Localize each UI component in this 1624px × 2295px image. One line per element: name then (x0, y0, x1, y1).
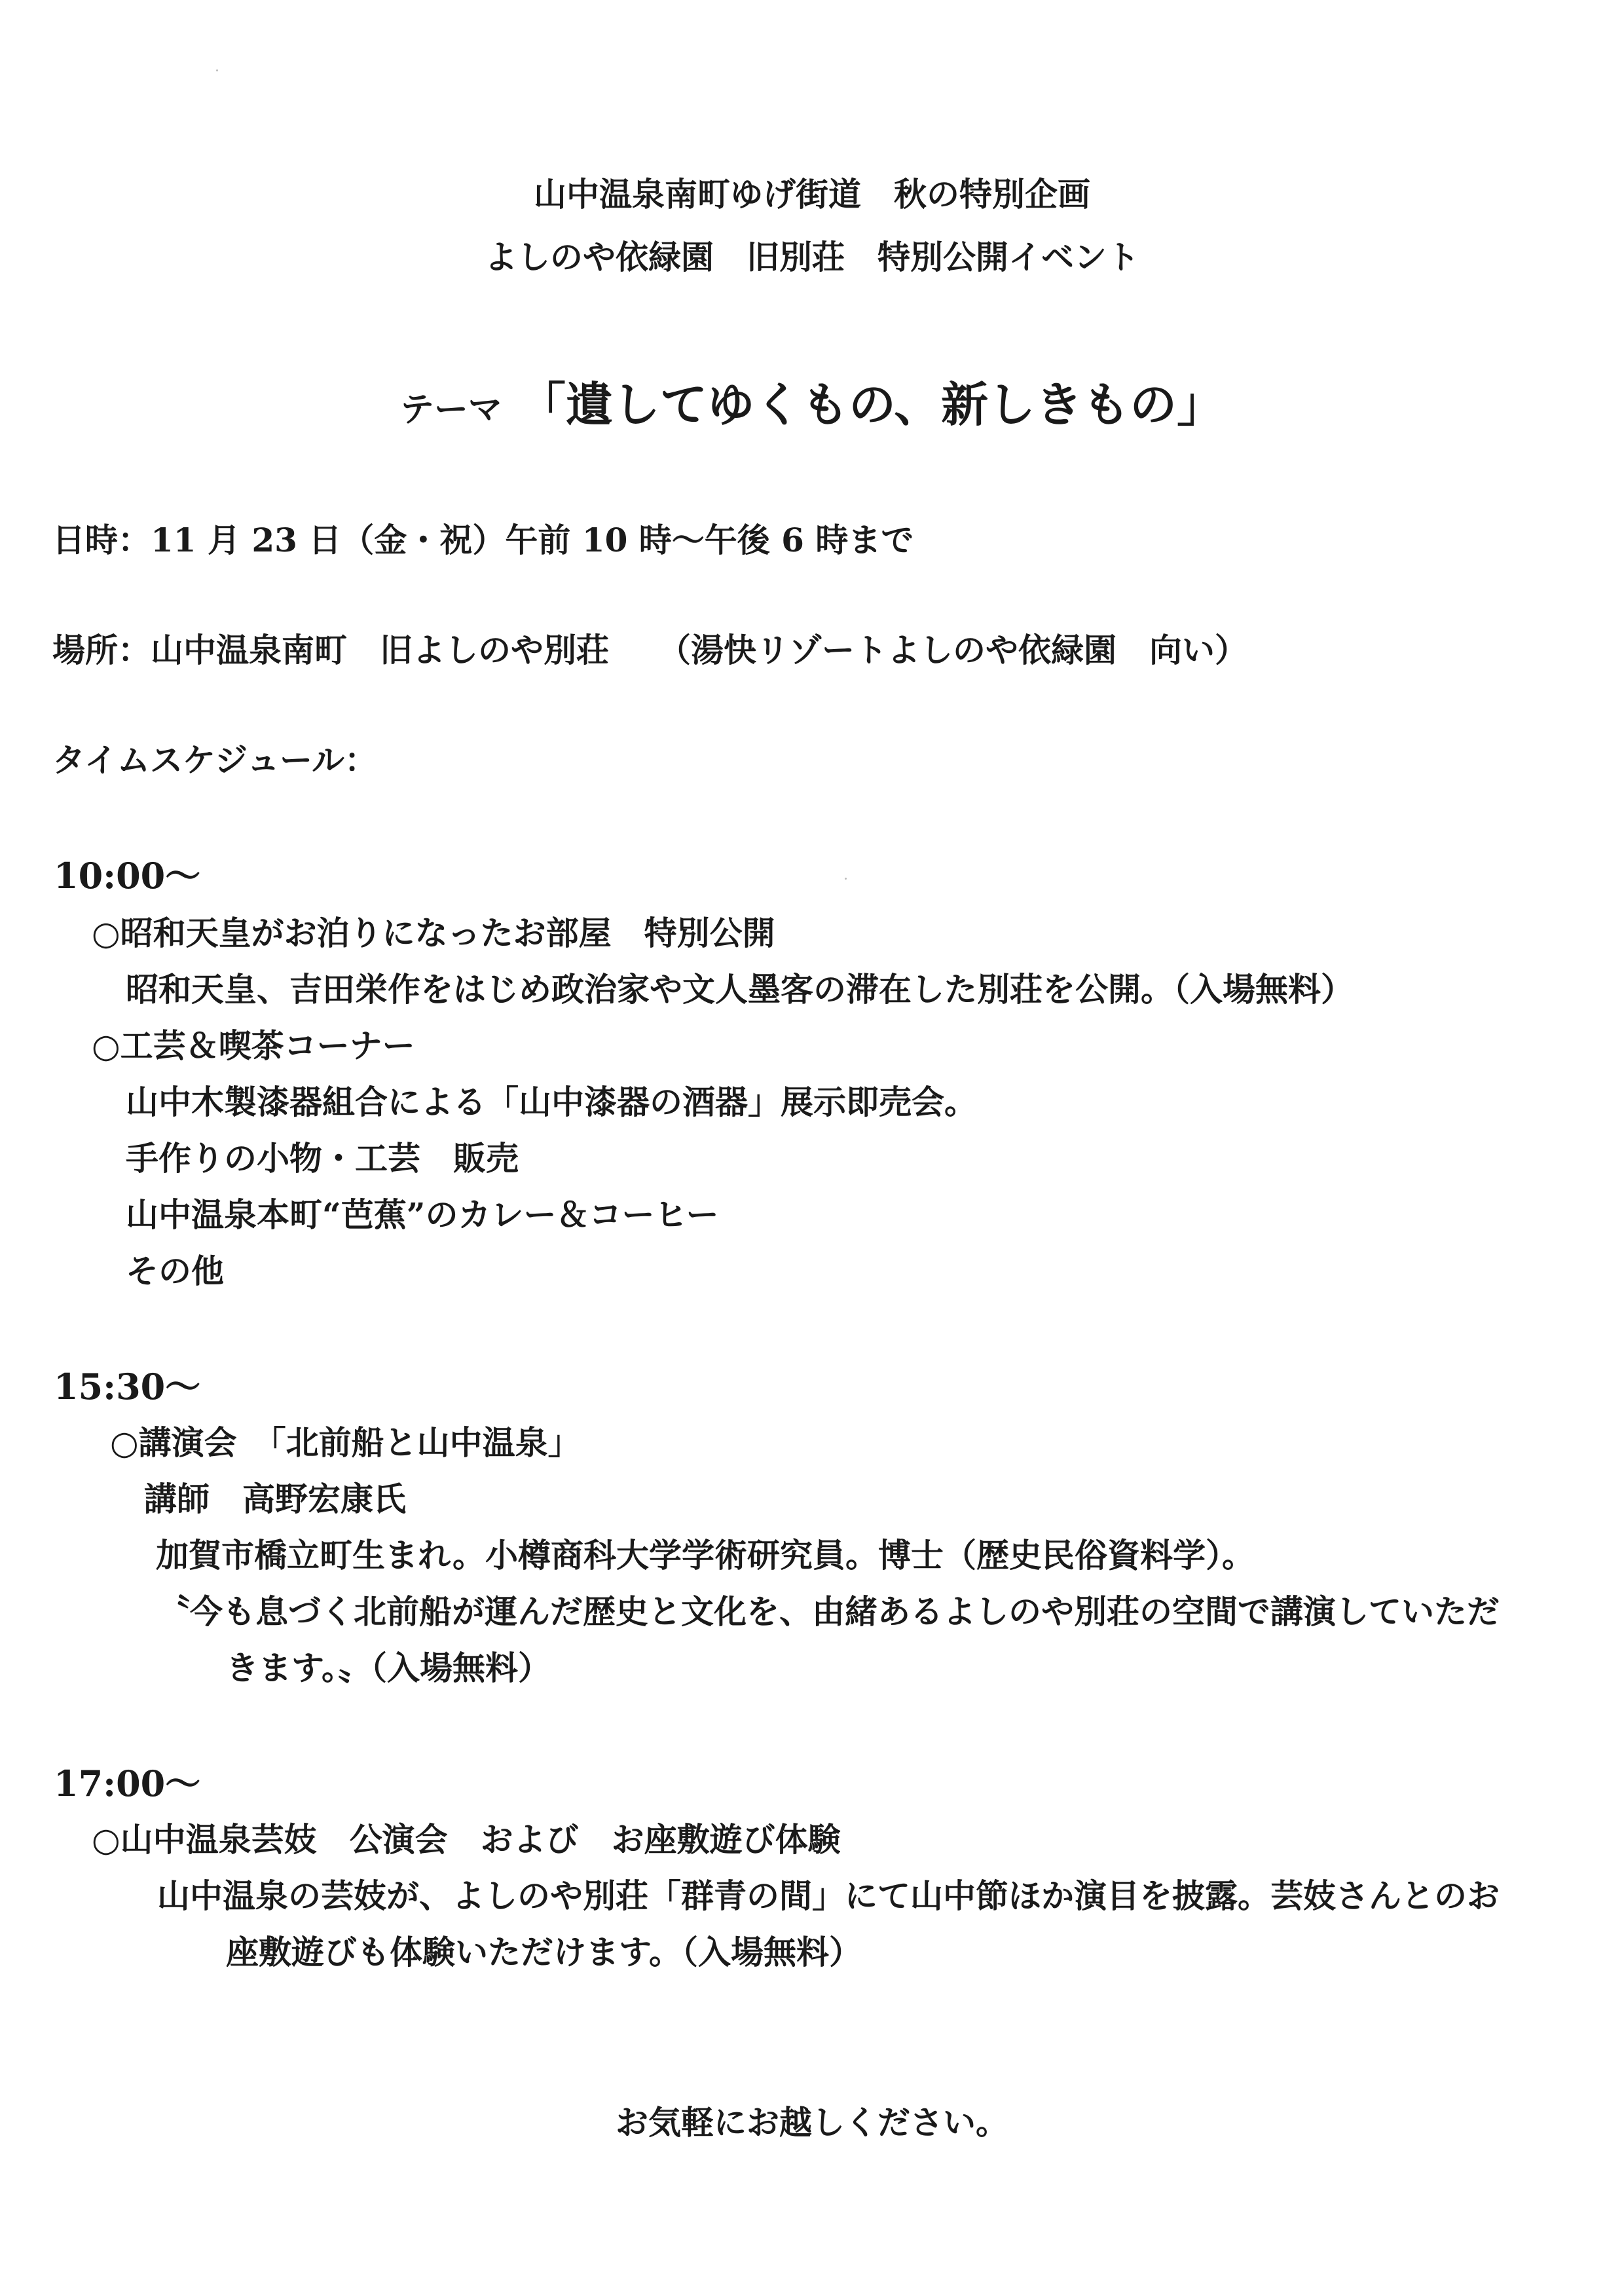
item-title-imperial-room: ○昭和天皇がお泊りになったお部屋 特別公開 (92, 917, 775, 950)
item-desc-craft-1: 山中木製漆器組合による「山中漆器の酒器」展示即売会。 (126, 1086, 977, 1119)
schedule-label: タイムスケジュール： (52, 744, 377, 777)
closing-message: お気軽にお越しください。 (0, 2106, 1624, 2139)
item-desc-craft-3: 山中温泉本町“芭蕉”のカレー＆コーヒー (126, 1199, 719, 1231)
scan-speck (845, 878, 847, 880)
schedule-time-1700: 17:00～ (54, 1766, 200, 1801)
theme-heading: テーマ 「遺してゆくもの、新しきもの」 (0, 381, 1624, 428)
item-title-craft-cafe: ○工芸＆喫茶コーナー (92, 1030, 415, 1062)
scan-speck (216, 69, 218, 71)
header-line-2: よしのや依緑園 旧別荘 特別公開イベント (0, 241, 1624, 274)
schedule-time-1530: 15:30～ (54, 1369, 200, 1404)
schedule-time-1000: 10:00～ (54, 858, 200, 893)
item-title-lecture: ○講演会 「北前船と山中温泉」 (110, 1427, 581, 1459)
header-line-1: 山中温泉南町ゆげ街道 秋の特別企画 (0, 178, 1624, 211)
item-desc-lecture-1: 加賀市橋立町生まれ。小樽商科大学学術研究員。博士（歴史民俗資料学）。 (156, 1539, 1255, 1572)
theme-label: テーマ (400, 390, 502, 430)
event-datetime: 日時：11 月 23 日（金・祝）午前 10 時～午後 6 時まで (52, 524, 913, 557)
item-desc-craft-2: 手作りの小物・工芸 販売 (126, 1142, 519, 1175)
item-title-geisha: ○山中温泉芸妓 公演会 および お座敷遊び体験 (92, 1823, 841, 1856)
event-place: 場所：山中温泉南町 旧よしのや別荘 （湯快リゾートよしのや依緑園 向い） (52, 634, 1247, 667)
theme-title: 「遺してゆくもの、新しきもの」 (519, 377, 1224, 432)
item-desc-craft-4: その他 (126, 1255, 224, 1288)
item-desc-lecture-2: 〝今も息づく北前船が運んだ歴史と文化を、由緒あるよしのや別荘の空間で講演していた… (157, 1595, 1500, 1628)
item-desc-imperial-room: 昭和天皇、吉田栄作をはじめ政治家や文人墨客の滞在した別荘を公開。（入場無料） (126, 973, 1354, 1006)
scan-speck (786, 1880, 788, 1882)
item-lecturer: 講師 高野宏康氏 (144, 1483, 406, 1516)
item-desc-lecture-3: きます。〟（入場無料） (226, 1652, 551, 1685)
item-desc-geisha-2: 座敷遊びも体験いただけます。（入場無料） (226, 1936, 862, 1969)
item-desc-geisha-1: 山中温泉の芸妓が、よしのや別荘「群青の間」にて山中節ほか演目を披露。芸妓さんとの… (157, 1880, 1500, 1912)
